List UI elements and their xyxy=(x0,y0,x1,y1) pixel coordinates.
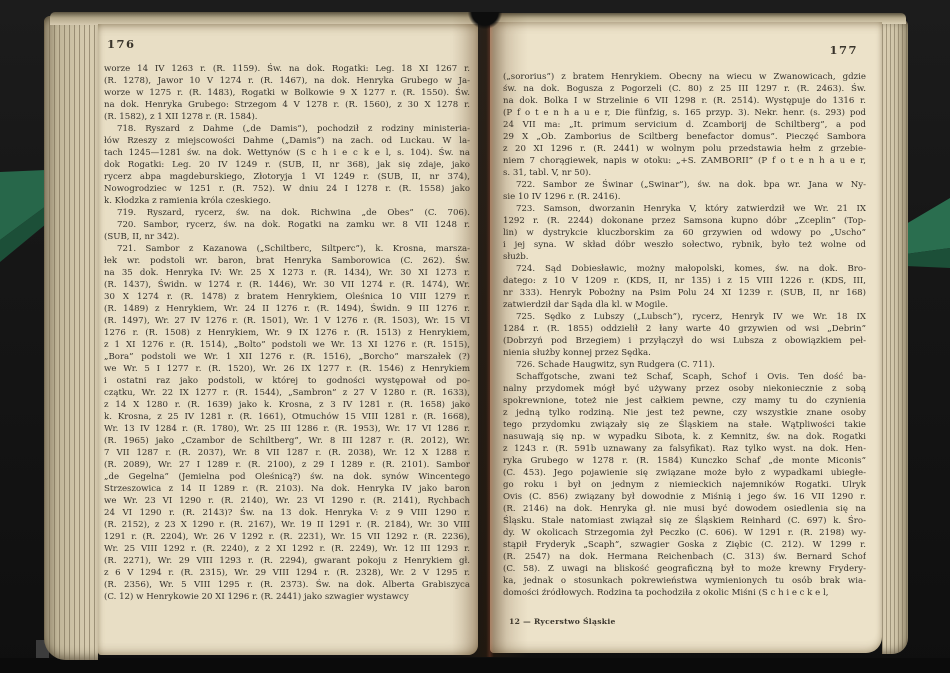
text-line: 720. Sambor, rycerz, św. na dok. Rogatki… xyxy=(104,219,470,231)
text-line: „de Gegelna” (Jemielna pod Oleśnicą?) św… xyxy=(104,471,470,483)
text-line: (C. 453). Jego pojawienie się związane m… xyxy=(503,467,866,479)
text-line: na dok. Bolka I w Strzelinie 6 VII 1298 … xyxy=(503,95,866,107)
page-number-right: 177 xyxy=(829,43,858,57)
text-line: (R. 1437), Świdn. w 1274 r. (R. 1446), W… xyxy=(104,279,470,291)
text-line: („sororius”) z bratem Henrykiem. Obecny … xyxy=(503,71,866,83)
green-cover-right xyxy=(906,198,950,254)
text-line: czątku, Wr. 22 IX 1277 r. (R. 1544), „Sa… xyxy=(104,387,470,399)
text-line: zatwierdził dar Sąda dla kl. w Mogile. xyxy=(503,299,866,311)
text-line: z 6 V 1294 r. (R. 2315), Wr. 29 VIII 129… xyxy=(104,567,470,579)
text-line: 726. Schade Haugwitz, syn Rudgera (C. 71… xyxy=(503,359,866,371)
text-line: Wr. 25 VIII 1292 r. (R. 2240), z 2 XI 12… xyxy=(104,543,470,555)
text-line: (R. 2356), Wr. 5 VIII 1295 r. (R. 2373).… xyxy=(104,579,470,591)
text-line: spokrewnione, toteż nie jest całkiem pew… xyxy=(503,395,866,407)
text-line: 30 X 1274 r. (R. 1478) z bratem Henrykie… xyxy=(104,291,470,303)
text-line: tego przydomku związały się ze Śląskiem … xyxy=(503,419,866,431)
text-line: (R. 2089), Wr. 27 I 1289 r. (R. 2100), z… xyxy=(104,459,470,471)
text-line: (Dobrzyń pod Brzegiem) i przyłączył do w… xyxy=(503,335,866,347)
text-line: go roku i był on jednym z niemieckich na… xyxy=(503,479,866,491)
text-line: (R. 1278), Jawor 10 V 1274 r. (R. 1467),… xyxy=(104,75,470,87)
text-line: ka, jednak o stosunkach pokrewieństwa wy… xyxy=(503,575,866,587)
text-line: (C. 58). Z uwagi na bliskość geograficzn… xyxy=(503,563,866,575)
text-line: 723. Samson, dworzanin Henryka V, który … xyxy=(503,203,866,215)
text-line: stąpił Fryderyk „Scaph”, szwagier Goska … xyxy=(503,539,866,551)
text-line: 1276 r. (R. 1508) z Henrykiem, Wr. 9 IX … xyxy=(104,327,470,339)
text-line: 719. Ryszard, rycerz, św. na dok. Richwi… xyxy=(104,207,470,219)
page-fore-edge-right xyxy=(882,20,908,654)
text-line: i ostatni raz jako podstoli, w której to… xyxy=(104,375,470,387)
text-line: 1292 r. (R. 2244) dokonane przez Samsona… xyxy=(503,215,866,227)
text-line: 29 X „Ob. Zamborius de Sciltberg benefac… xyxy=(503,131,866,143)
text-line: dy. W okolicach Strzegomia żył Peczko (C… xyxy=(503,527,866,539)
gutter-top-notch xyxy=(468,12,502,29)
text-line: nienia służby konnej przez Sędka. xyxy=(503,347,866,359)
floor-shadow xyxy=(0,658,950,673)
photo-of-open-book: 176 worze 14 IV 1263 r. (R. 1159). Św. n… xyxy=(0,0,950,673)
right-page: 177 („sororius”) z bratem Henrykiem. Obe… xyxy=(490,22,882,653)
text-line: Schaffgotsche, zwani też Schaf, Scaph, S… xyxy=(503,371,866,383)
text-line: k. Krosna, z 25 IV 1281 r. (R. 1661), Ot… xyxy=(104,411,470,423)
text-line: na dok. Henryka Grubego: Strzegom 4 V 12… xyxy=(104,99,470,111)
text-line: nasuwają się np. w wypadku Sibota, k. z … xyxy=(503,431,866,443)
text-line: domości źródłowych. Rodzina ta pochodził… xyxy=(503,587,866,599)
text-line: z 20 XI 1296 r. (R. 2441) w wolnym polu … xyxy=(503,143,866,155)
text-line: służb. xyxy=(503,251,866,263)
text-line: z jedną tylko rodziną. Nie jest też pewn… xyxy=(503,407,866,419)
left-page-text: worze 14 IV 1263 r. (R. 1159). Św. na do… xyxy=(104,63,470,603)
text-line: z 1 XI 1276 r. (R. 1514), „Bolto” podsto… xyxy=(104,339,470,351)
left-page: 176 worze 14 IV 1263 r. (R. 1159). Św. n… xyxy=(98,24,478,655)
text-line: Strzeszowica z 14 II 1289 r. (R. 2103). … xyxy=(104,483,470,495)
text-line: 718. Ryszard z Dahme („de Damis”), pocho… xyxy=(104,123,470,135)
text-line: nalny przydomek mógł być używany przez o… xyxy=(503,383,866,395)
text-line: 724. Sąd Dobiesławic, możny małopolski, … xyxy=(503,263,866,275)
text-line: niem 7 chorągiewek, napis w otoku: „+S. … xyxy=(503,155,866,167)
text-line: we Wr. 5 I 1277 r. (R. 1520), Wr. 26 IX … xyxy=(104,363,470,375)
page-number-left: 176 xyxy=(107,37,136,51)
right-page-text: („sororius”) z bratem Henrykiem. Obecny … xyxy=(503,71,866,599)
text-line: (R. 2146) na dok. Henryka gł. nie musi b… xyxy=(503,503,866,515)
text-line: łek wr. podstoli wr. baron, brat Henryka… xyxy=(104,255,470,267)
text-line: (R. 2152), z 23 X 1290 r. (R. 2167), Wr.… xyxy=(104,519,470,531)
text-line: (SUB, II, nr 342). xyxy=(104,231,470,243)
text-line: (R. 2271), Wr. 29 VIII 1293 r. (R. 2294)… xyxy=(104,555,470,567)
text-line: 24 VI 1290 r. (R. 2143)? Św. na 13 dok. … xyxy=(104,507,470,519)
text-line: nr 333). Henryk Pobożny na Psim Polu 24 … xyxy=(503,287,866,299)
text-line: (R. 1489) z Henrykiem, Wr. 24 II 1276 r.… xyxy=(104,303,470,315)
text-line: Ovis (C. 856) związany był dowodnie z Mi… xyxy=(503,491,866,503)
text-line: (C. 12) w Henrykowie 20 XI 1296 r. (R. 2… xyxy=(104,591,470,603)
text-line: tach 1245—1281 św. na dok. Wettynów (S c… xyxy=(104,147,470,159)
text-line: 722. Sambor ze Świnar („Swinar”), św. na… xyxy=(503,179,866,191)
text-line: 725. Sędko z Lubszy („Lubsch”), rycerz, … xyxy=(503,311,866,323)
page-fore-edge-left xyxy=(44,16,98,660)
text-line: sie 10 IV 1296 r. (R. 2416). xyxy=(503,191,866,203)
text-line: (R. 1582), z 1 XII 1278 r. (R. 1584). xyxy=(104,111,470,123)
text-line: Śląsku. Stale natomiast związał się ze Ś… xyxy=(503,515,866,527)
running-title-footer: 12 — Rycerstwo Śląskie xyxy=(509,617,616,626)
text-line: łów Rzeszy z miejscowości Dahme („Damis”… xyxy=(104,135,470,147)
text-line: 1291 r. (R. 2204), Wr. 26 V 1292 r. (R. … xyxy=(104,531,470,543)
text-line: (R. 1965) jako „Czambor de Schiltberg”, … xyxy=(104,435,470,447)
text-line: 1284 r. (R. 1855) oddzielił 2 łany warte… xyxy=(503,323,866,335)
text-line: na 35 dok. Henryka IV: Wr. 25 X 1273 r. … xyxy=(104,267,470,279)
text-line: worze 14 IV 1263 r. (R. 1159). Św. na do… xyxy=(104,63,470,75)
text-line: „Bora” podstoli we Wr. 1 XII 1276 r. (R.… xyxy=(104,351,470,363)
text-line: we Wr. 23 VI 1290 r. (R. 2140), Wr. 23 V… xyxy=(104,495,470,507)
text-line: 24 VII ma: „It. primum servicium d. Zcam… xyxy=(503,119,866,131)
text-line: rycerz abpa magdeburskiego, Złotoryja 1 … xyxy=(104,171,470,183)
text-line: lin) w dystrykcie kluczborskim za 60 grz… xyxy=(503,227,866,239)
text-line: z 14 X 1280 r. (R. 1639) jako k. Krosna,… xyxy=(104,399,470,411)
text-line: (R. 2547) na dok. Hermana Reichenbach (C… xyxy=(503,551,866,563)
text-line: i jej syna. W skład dóbr weszło sołectwo… xyxy=(503,239,866,251)
text-line: k. Kłodzka z ramienia króla czeskiego. xyxy=(104,195,470,207)
text-line: datego: z 10 V 1209 r. (KDS, II, nr 135)… xyxy=(503,275,866,287)
text-line: worze w 1275 r. (R. 1483), Rogatki w Bol… xyxy=(104,87,470,99)
text-line: (P f o t e n h a u e r, Die fünfzig, s. … xyxy=(503,107,866,119)
text-line: (R. 1497), Wr. 27 IV 1276 r. (R. 1501), … xyxy=(104,315,470,327)
text-line: Nowogrodziec w 1251 r. (R. 752). W dniu … xyxy=(104,183,470,195)
text-line: 7 VII 1287 r. (R. 2037), Wr. 8 VII 1287 … xyxy=(104,447,470,459)
text-line: ryka Grubego w 1278 r. (R. 1584) Kunczko… xyxy=(503,455,866,467)
text-line: z 1243 r. (R. 591b uznawany za falsyfika… xyxy=(503,443,866,455)
text-line: s. 31, tabl. V, nr 50). xyxy=(503,167,866,179)
text-line: św. na dok. Bogusza z Pogorzeli (C. 80) … xyxy=(503,83,866,95)
text-line: dok Rogatki: Leg. 20 IV 1249 r. (SUB, II… xyxy=(104,159,470,171)
text-line: Wr. 13 IV 1284 r. (R. 1780), Wr. 25 III … xyxy=(104,423,470,435)
text-line: 721. Sambor z Kazanowa („Schiltberc, Sil… xyxy=(104,243,470,255)
